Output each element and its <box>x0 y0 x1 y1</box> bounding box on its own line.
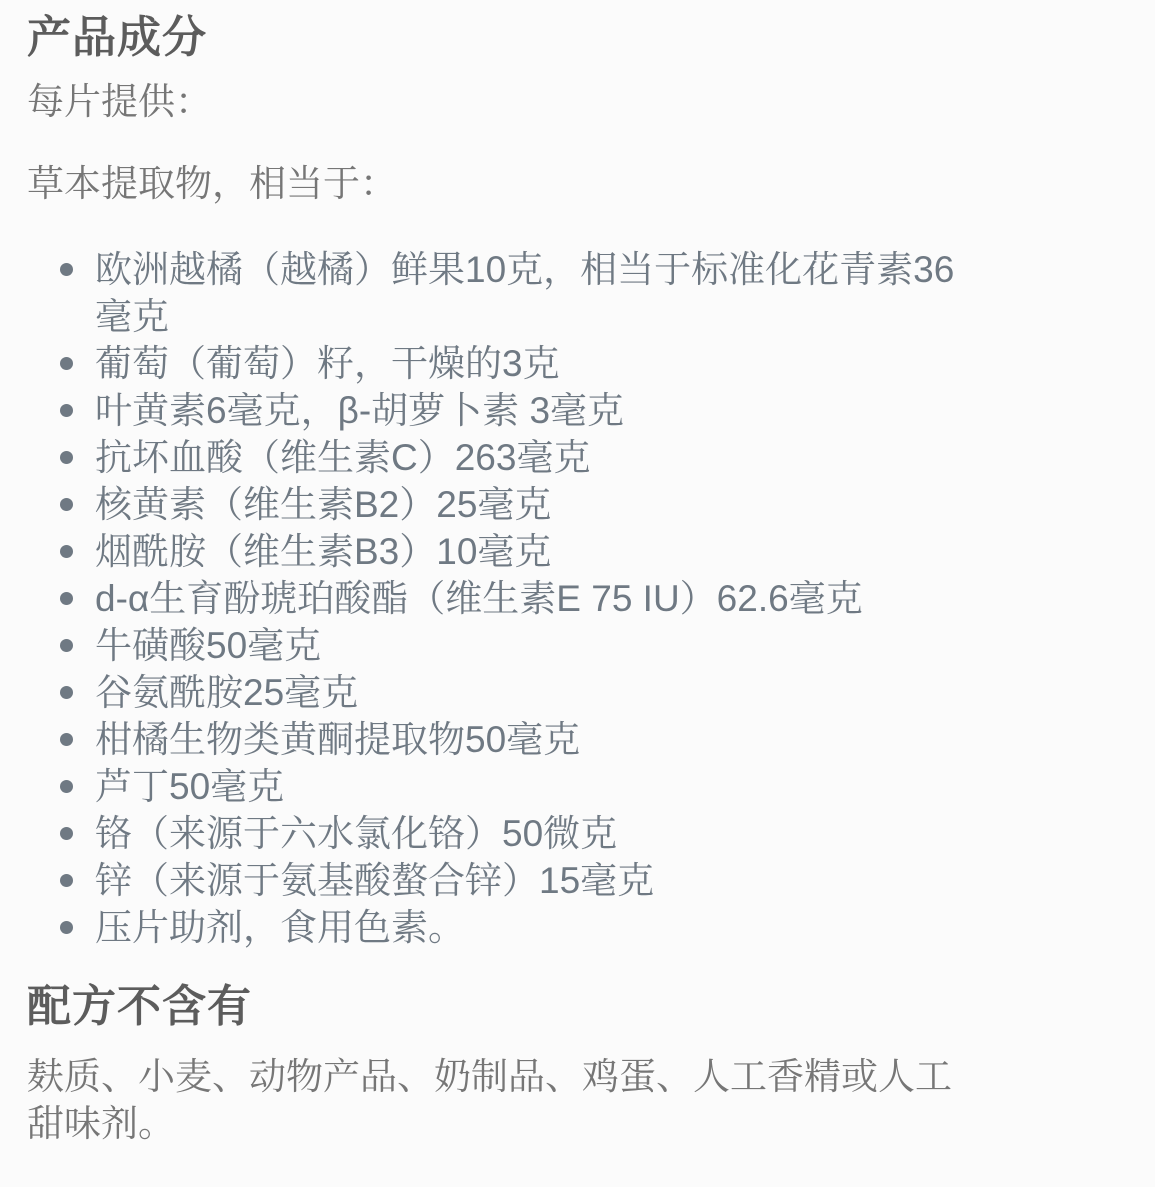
ingredient-item-lutein-betacarotene: 叶黄素6毫克，β-胡萝卜素 3毫克 <box>27 387 963 434</box>
ingredient-item-taurine: 牛磺酸50毫克 <box>27 622 963 669</box>
ingredient-item-tableting-aids: 压片助剂，食用色素。 <box>27 904 963 951</box>
ingredient-item-glutamine: 谷氨酰胺25毫克 <box>27 669 963 716</box>
ingredient-item-vitamin-e: d-α生育酚琥珀酸酯（维生素E 75 IU）62.6毫克 <box>27 575 963 622</box>
ingredient-list: 欧洲越橘（越橘）鲜果10克，相当于标准化花青素36毫克 葡萄（葡萄）籽，干燥的3… <box>27 246 963 951</box>
ingredient-item-bilberry: 欧洲越橘（越橘）鲜果10克，相当于标准化花青素36毫克 <box>27 246 963 340</box>
ingredient-item-chromium: 铬（来源于六水氯化铬）50微克 <box>27 810 963 857</box>
ingredients-section-title: 产品成分 <box>27 12 963 64</box>
ingredient-item-vitamin-b3: 烟酰胺（维生素B3）10毫克 <box>27 528 963 575</box>
product-ingredients-section: 产品成分 每片提供： 草本提取物，相当于： 欧洲越橘（越橘）鲜果10克，相当于标… <box>0 0 963 1147</box>
serving-line: 每片提供： <box>27 78 963 125</box>
ingredient-item-grape-seed: 葡萄（葡萄）籽，干燥的3克 <box>27 340 963 387</box>
herbal-extracts-line: 草本提取物，相当于： <box>27 160 963 207</box>
ingredient-item-rutin: 芦丁50毫克 <box>27 763 963 810</box>
ingredient-item-citrus-bioflavonoid: 柑橘生物类黄酮提取物50毫克 <box>27 716 963 763</box>
free-from-body: 麸质、小麦、动物产品、奶制品、鸡蛋、人工香精或人工甜味剂。 <box>27 1053 963 1147</box>
ingredient-item-vitamin-c: 抗坏血酸（维生素C）263毫克 <box>27 434 963 481</box>
ingredient-item-zinc: 锌（来源于氨基酸螯合锌）15毫克 <box>27 857 963 904</box>
free-from-section-title: 配方不含有 <box>27 981 963 1033</box>
ingredient-item-vitamin-b2: 核黄素（维生素B2）25毫克 <box>27 481 963 528</box>
